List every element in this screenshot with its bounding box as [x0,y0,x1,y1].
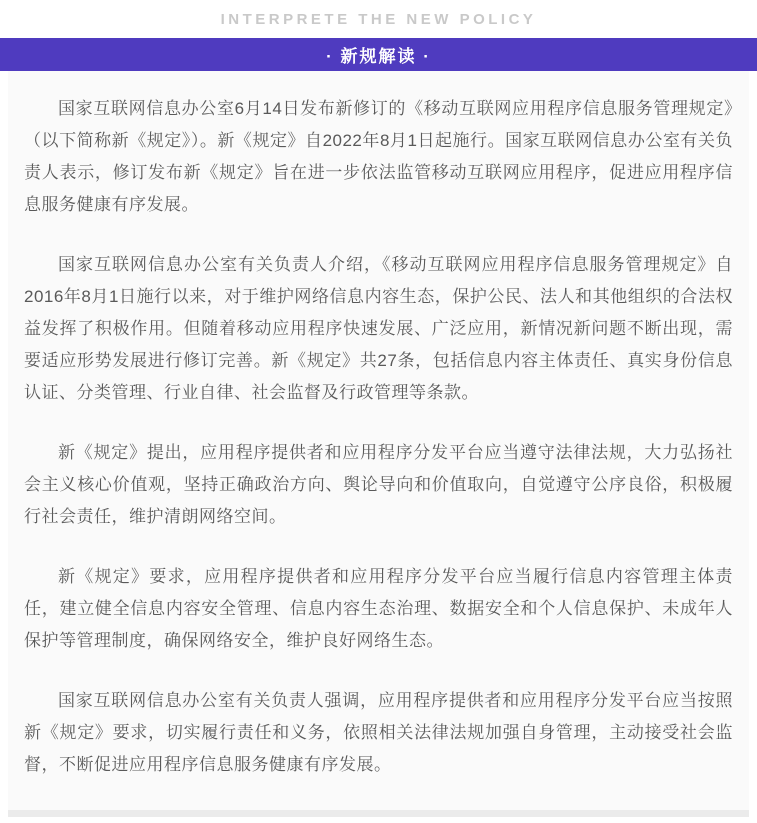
article-paragraph: 新《规定》提出，应用程序提供者和应用程序分发平台应当遵守法律法规，大力弘扬社会主… [24,437,733,533]
banner-title: · 新规解读 · [326,42,431,67]
article-paragraph: 国家互联网信息办公室有关负责人介绍，《移动互联网应用程序信息服务管理规定》自20… [24,249,733,409]
article-card: 国家互联网信息办公室6月14日发布新修订的《移动互联网应用程序信息服务管理规定》… [8,71,749,810]
article-paragraph: 新《规定》要求，应用程序提供者和应用程序分发平台应当履行信息内容管理主体责任，建… [24,561,733,657]
section-banner: · 新规解读 · [0,38,757,71]
page: { "header": { "eyebrow": "INTERPRETE THE… [0,0,757,823]
card-bottom-strip [8,810,749,817]
article-paragraph: 国家互联网信息办公室有关负责人强调，应用程序提供者和应用程序分发平台应当按照新《… [24,685,733,781]
article-paragraph: 国家互联网信息办公室6月14日发布新修订的《移动互联网应用程序信息服务管理规定》… [24,93,733,221]
eyebrow-header: INTERPRETE THE NEW POLICY [0,0,757,38]
eyebrow-title: INTERPRETE THE NEW POLICY [221,11,537,28]
